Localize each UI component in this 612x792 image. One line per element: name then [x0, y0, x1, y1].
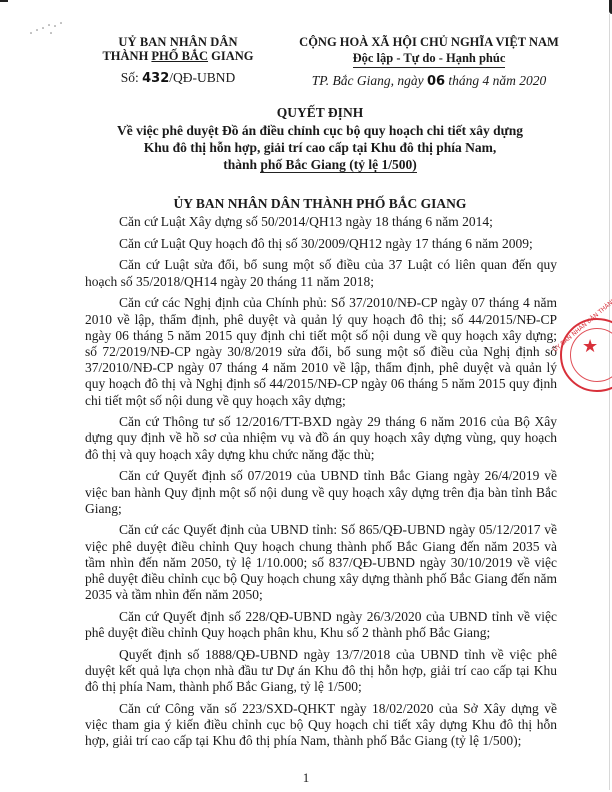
number-label: Số:	[121, 70, 142, 85]
subject-line3-underlined: phố Bắc Giang (tỷ lệ 1/500)	[260, 157, 416, 173]
handwritten-number: 432	[142, 71, 169, 86]
paragraph: Căn cứ Luật Quy hoạch đô thị số 30/2009/…	[85, 236, 557, 252]
paragraph: Căn cứ Công văn số 223/SXD-QHKT ngày 18/…	[85, 701, 557, 750]
decision-subject-line1: Về việc phê duyệt Đồ án điều chỉnh cục b…	[80, 122, 560, 139]
paragraph: Quyết định số 1888/QĐ-UBND ngày 13/7/201…	[85, 647, 557, 696]
paragraph: Căn cứ Thông tư số 12/2016/TT-BXD ngày 2…	[85, 414, 557, 463]
scan-artifact	[0, 0, 8, 2]
decision-heading: QUYẾT ĐỊNH	[80, 104, 560, 122]
date-suffix: tháng 4 năm 2020	[445, 73, 546, 88]
decision-subject-line2: Khu đô thị hỗn hợp, giải trí cao cấp tại…	[80, 139, 560, 156]
paragraph: Căn cứ các Quyết định của UBND tỉnh: Số …	[85, 522, 557, 603]
subject-line3-prefix: thành	[223, 157, 260, 172]
handwritten-day: 06	[427, 74, 445, 89]
paragraph: Căn cứ Quyết định số 07/2019 của UBND tỉ…	[85, 468, 557, 517]
issuer-heading: ỦY BAN NHÂN DÂN THÀNH PHỐ BẮC GIANG	[80, 195, 560, 213]
issuer-line2-underlined: PHỐ BẮC	[151, 49, 208, 63]
scan-specks	[28, 20, 68, 36]
decision-title: QUYẾT ĐỊNH Về việc phê duyệt Đồ án điều …	[80, 104, 560, 173]
decision-subject-line3: thành phố Bắc Giang (tỷ lệ 1/500)	[80, 156, 560, 173]
document-body: Căn cứ Luật Xây dựng số 50/2014/QH13 ngà…	[85, 214, 557, 755]
date-prefix: TP. Bắc Giang, ngày	[312, 73, 427, 88]
page-number: 1	[0, 770, 612, 786]
document-number: Số: 432/QĐ-UBND	[93, 69, 263, 88]
paragraph: Căn cứ Luật sửa đổi, bổ sung một số điều…	[85, 257, 557, 289]
issuer-line2: THÀNH PHỐ BẮC GIANG	[93, 49, 263, 63]
issuer-header: UỶ BAN NHÂN DÂN THÀNH PHỐ BẮC GIANG Số: …	[93, 35, 263, 88]
number-suffix: /QĐ-UBND	[169, 70, 235, 85]
national-motto: Độc lập - Tự do - Hạnh phúc	[353, 51, 506, 68]
issuer-line1: UỶ BAN NHÂN DÂN	[93, 35, 263, 49]
scan-edge	[609, 14, 610, 790]
paragraph: Căn cứ Luật Xây dựng số 50/2014/QH13 ngà…	[85, 214, 557, 230]
national-title: CỘNG HOÀ XÃ HỘI CHỦ NGHĨA VIỆT NAM	[283, 35, 575, 49]
paragraph: Căn cứ Quyết định số 228/QĐ-UBND ngày 26…	[85, 609, 557, 641]
official-red-stamp: ★ ỦY BAN NHÂN DÂN THÀNH PH	[560, 318, 612, 392]
issuer-line2-prefix: THÀNH	[102, 49, 151, 63]
stamp-star-icon: ★	[582, 338, 598, 356]
document-page: UỶ BAN NHÂN DÂN THÀNH PHỐ BẮC GIANG Số: …	[0, 0, 612, 792]
paragraph: Căn cứ các Nghị định của Chính phủ: Số 3…	[85, 295, 557, 408]
national-header: CỘNG HOÀ XÃ HỘI CHỦ NGHĨA VIỆT NAM Độc l…	[283, 35, 575, 91]
issue-date: TP. Bắc Giang, ngày 06 tháng 4 năm 2020	[283, 72, 575, 91]
issuer-line2-suffix: GIANG	[208, 49, 254, 63]
